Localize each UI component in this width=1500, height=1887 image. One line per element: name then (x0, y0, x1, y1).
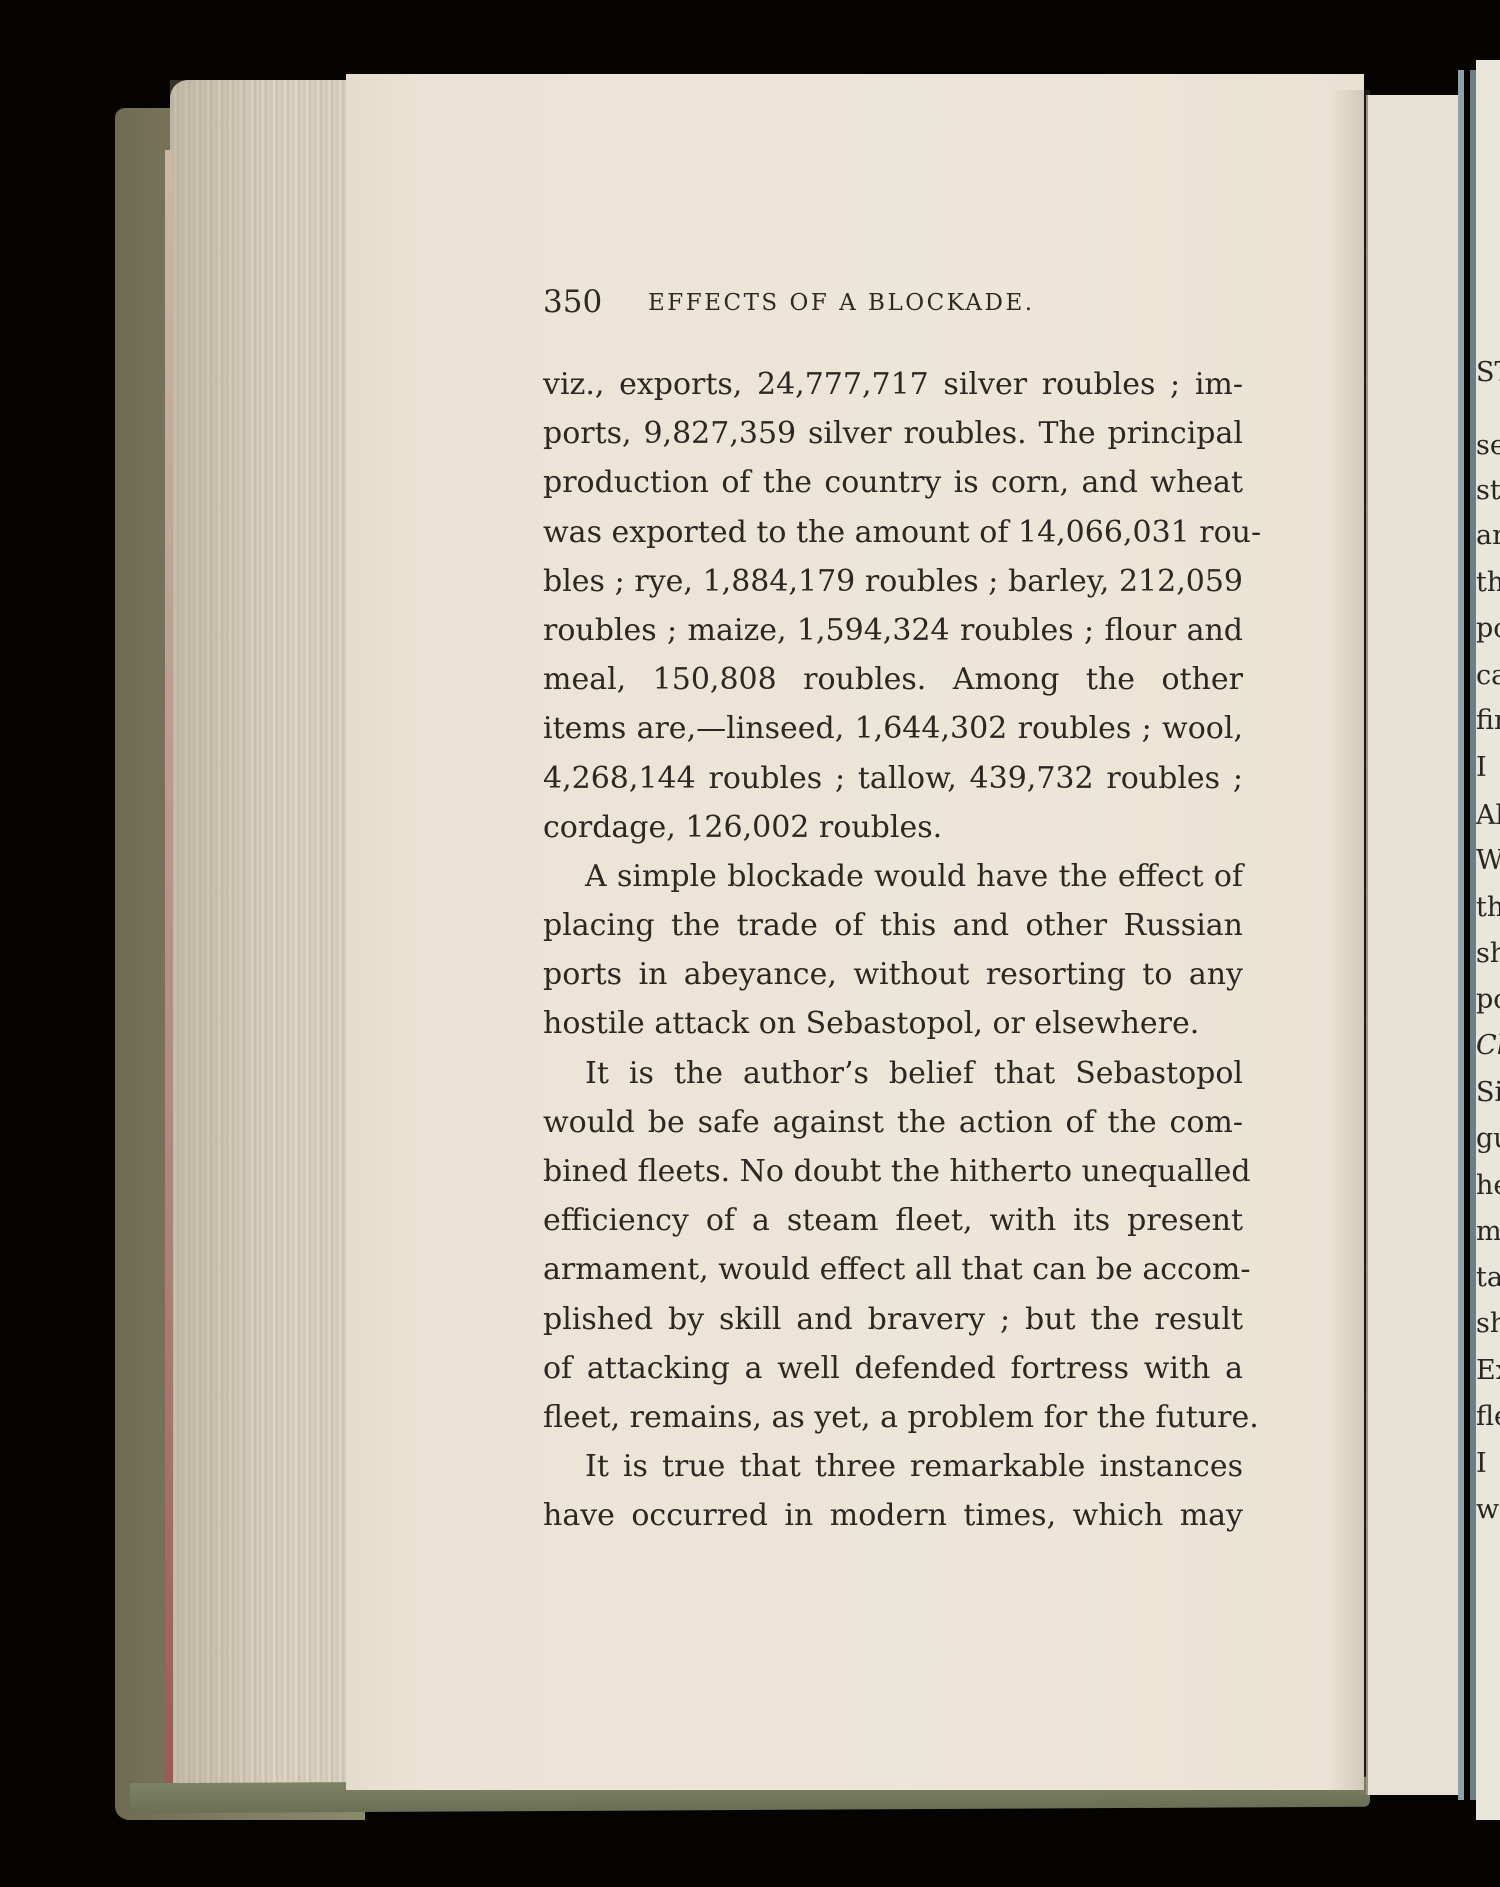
page-stack-fore-edge (170, 80, 350, 1790)
text-line: viz., exports, 24,777,717 silver roubles… (543, 360, 1243, 409)
text-line: bles ; rye, 1,884,179 roubles ; barley, … (543, 557, 1243, 606)
page-body-text: viz., exports, 24,777,717 silver roubles… (543, 360, 1243, 1541)
facing-page-word-fragment: gui (1476, 1123, 1500, 1154)
facing-page-word-fragment: stor (1476, 475, 1500, 506)
facing-page-word-fragment: ship (1476, 938, 1500, 969)
facing-page-word-fragment: seen (1476, 430, 1500, 461)
facing-page-word-fragment: Ex (1476, 1355, 1500, 1386)
page-edge-strip (1458, 70, 1464, 1800)
facing-page-word-fragment: was (1476, 1494, 1500, 1525)
text-line: meal, 150,808 roubles. Among the other (543, 655, 1243, 704)
text-line: of attacking a well defended fortress wi… (543, 1344, 1243, 1393)
facing-page-word-fragment: I (1476, 752, 1487, 783)
text-line: plished by skill and bravery ; but the r… (543, 1295, 1243, 1344)
facing-page-word-fragment: We (1476, 845, 1500, 876)
facing-page-word-fragment: Che (1476, 1030, 1500, 1061)
text-line: was exported to the amount of 14,066,031… (543, 508, 1243, 557)
text-line: items are,—linseed, 1,644,302 roubles ; … (543, 704, 1243, 753)
text-line: fleet, remains, as yet, a problem for th… (543, 1393, 1243, 1442)
facing-page-fragment: STONseenstorandthaposicaufirinIAlgWethes… (1476, 60, 1500, 1820)
text-line: efficiency of a steam fleet, with its pr… (543, 1196, 1243, 1245)
facing-page-word-fragment: tak (1476, 1262, 1500, 1293)
facing-page-word-fragment: Sir (1476, 1077, 1500, 1108)
facing-page-word-fragment: cau (1476, 660, 1500, 691)
facing-page-word-fragment: Alg (1476, 800, 1500, 831)
text-line: armament, would effect all that can be a… (543, 1245, 1243, 1294)
text-line: ports, 9,827,359 silver roubles. The pri… (543, 409, 1243, 458)
red-endpaper-edge (165, 150, 173, 1800)
facing-page-word-fragment: STON (1476, 357, 1500, 388)
facing-page-word-fragment: flee (1476, 1401, 1500, 1432)
text-line: would be safe against the action of the … (543, 1098, 1243, 1147)
running-title: EFFECTS OF A BLOCKADE. (648, 290, 1035, 316)
text-line: It is the author’s belief that Sebastopo… (543, 1049, 1243, 1098)
page-number: 350 (543, 284, 602, 320)
page-gutter-shadow (1330, 90, 1370, 1790)
text-line: hostile attack on Sebastopol, or elsewhe… (543, 999, 1243, 1048)
page-header: 350 EFFECTS OF A BLOCKADE. (543, 284, 1263, 324)
text-line: production of the country is corn, and w… (543, 458, 1243, 507)
facing-page-word-fragment: firin (1476, 705, 1500, 736)
facing-page-word-fragment: her (1476, 1170, 1500, 1201)
folded-insert-page (1366, 95, 1460, 1795)
facing-page-word-fragment: mol (1476, 1216, 1500, 1247)
text-line: 4,268,144 roubles ; tallow, 439,732 roub… (543, 754, 1243, 803)
facing-page-word-fragment: posi (1476, 613, 1500, 644)
text-line: have occurred in modern times, which may (543, 1491, 1243, 1540)
facing-page-word-fragment: pos (1476, 984, 1500, 1015)
facing-page-word-fragment: and (1476, 520, 1500, 551)
facing-page-word-fragment: I (1476, 1448, 1487, 1479)
facing-page-word-fragment: the (1476, 892, 1500, 923)
text-line: ports in abeyance, without resorting to … (543, 950, 1243, 999)
facing-page-word-fragment: tha (1476, 567, 1500, 598)
text-line: It is true that three remarkable instanc… (543, 1442, 1243, 1491)
text-line: placing the trade of this and other Russ… (543, 901, 1243, 950)
text-line: A simple blockade would have the effect … (543, 852, 1243, 901)
text-line: bined fleets. No doubt the hitherto uneq… (543, 1147, 1243, 1196)
text-line: cordage, 126,002 roubles. (543, 803, 1243, 852)
text-line: roubles ; maize, 1,594,324 roubles ; flo… (543, 606, 1243, 655)
facing-page-word-fragment: sho (1476, 1308, 1500, 1339)
